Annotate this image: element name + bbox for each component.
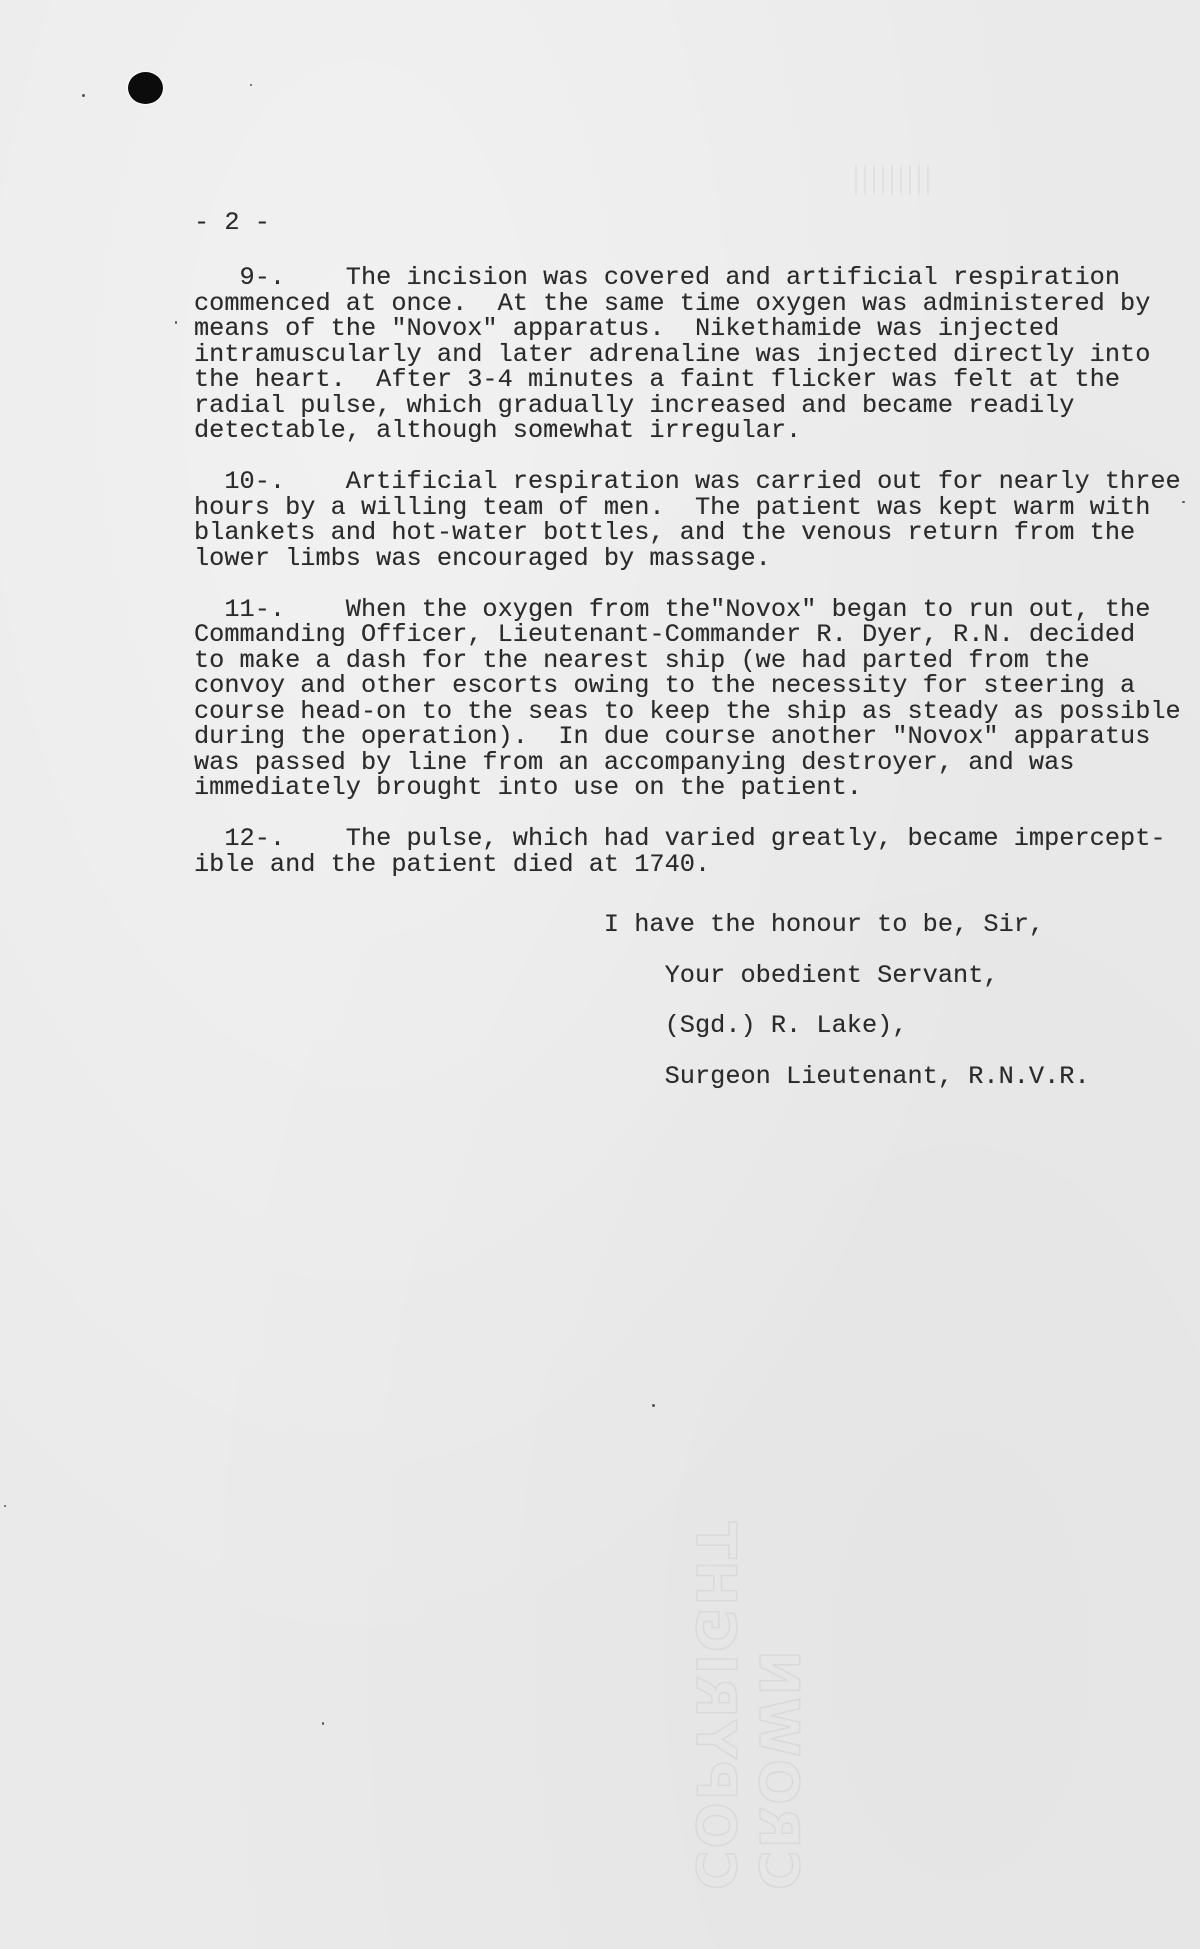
paragraph-9: 9-. The incision was covered and artific… xyxy=(194,265,1181,444)
paper-speck xyxy=(4,1505,6,1507)
punch-hole xyxy=(128,72,163,104)
signature-block: I have the honour to be, Sir, Your obedi… xyxy=(194,900,1090,1102)
paper-speck xyxy=(322,1722,324,1725)
document-body: 9-. The incision was covered and artific… xyxy=(194,265,1181,903)
crown-copyright-showthrough: CROWN COPYRIGHT xyxy=(730,1290,810,1890)
document-page: CROWN COPYRIGHT - 2 - 9-. The incision w… xyxy=(0,0,1200,1949)
signature-title: Surgeon Lieutenant, R.N.V.R. xyxy=(194,1062,1090,1091)
paper-speck xyxy=(652,1404,655,1407)
paragraph-11: 11-. When the oxygen from the"Novox" beg… xyxy=(194,597,1181,801)
paper-speck xyxy=(175,321,177,324)
page-number-text: - 2 - xyxy=(194,208,270,237)
paragraph-12: 12-. The pulse, which had varied greatly… xyxy=(194,826,1181,877)
paper-speck xyxy=(250,84,252,86)
closing-valediction: Your obedient Servant, xyxy=(194,961,999,990)
paper-speck xyxy=(82,94,85,97)
closing-salutation: I have the honour to be, Sir, xyxy=(194,910,1044,939)
paragraph-10: 10-. Artificial respiration was carried … xyxy=(194,469,1181,571)
page-number: - 2 - xyxy=(194,210,270,236)
paper-speck xyxy=(1182,501,1185,503)
signature-name: (Sgd.) R. Lake), xyxy=(194,1011,908,1040)
ink-showthrough xyxy=(855,165,935,195)
